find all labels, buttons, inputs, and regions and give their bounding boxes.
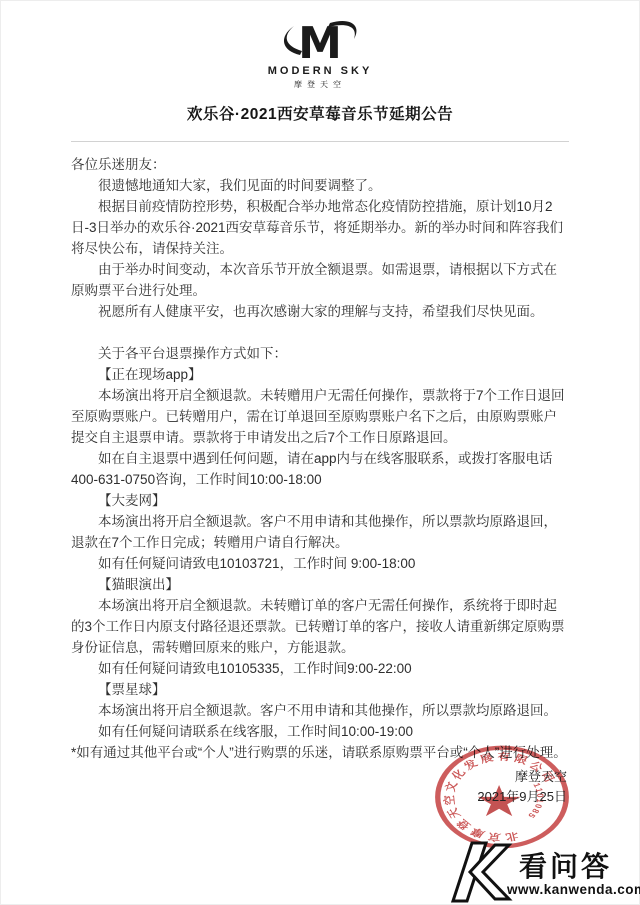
brand-name-chinese: 摩登天空 (1, 79, 639, 90)
signature-date: 2021年9月25日 (477, 787, 567, 807)
intro-paragraph: 由于举办时间变动，本次音乐节开放全额退票。如需退票，请根据以下方式在原购票平台进… (71, 259, 569, 301)
watermark-site-name: 看问答 (519, 845, 612, 885)
intro-paragraph: 根据目前疫情防控形势，积极配合举办地常态化疫情防控措施，原计划10月2日-3日举… (71, 196, 569, 259)
signature-block: 摩登天空 2021年9月25日 (477, 767, 567, 807)
svg-text:文: 文 (442, 780, 461, 793)
platform-contact: 如有任何疑问请联系在线客服，工作时间10:00-19:00 (71, 721, 569, 742)
platform-header-zhengzaixianchang: 【正在现场app】 (71, 364, 569, 385)
platform-header-maoyan: 【猫眼演出】 (71, 574, 569, 595)
platform-contact: 如在自主退票中遇到任何问题，请在app内与在线客服联系，或拨打客服电话400-6… (71, 448, 569, 490)
salutation: 各位乐迷朋友： (71, 154, 569, 175)
platform-header-damai: 【大麦网】 (71, 490, 569, 511)
document-body: 各位乐迷朋友： 很遗憾地通知大家，我们见面的时间要调整了。 根据目前疫情防控形势… (1, 142, 639, 763)
page-title: 欢乐谷·2021西安草莓音乐节延期公告 (1, 102, 639, 124)
modern-sky-logo-icon: M (260, 17, 380, 63)
platform-contact: 如有任何疑问请致电10105335，工作时间9:00-22:00 (71, 658, 569, 679)
kanwenda-k-icon (449, 841, 513, 903)
svg-text:展: 展 (478, 751, 496, 766)
logo-m-letter: M (298, 18, 342, 63)
announcement-page: M MODERN SKY 摩登天空 欢乐谷·2021西安草莓音乐节延期公告 各位… (0, 0, 640, 905)
platform-body: 本场演出将开启全额退款。未转赠用户无需任何操作，票款将于7个工作日退回至原购票账… (71, 385, 569, 448)
refund-heading: 关于各平台退票操作方式如下： (71, 343, 569, 364)
intro-paragraph: 祝愿所有人健康平安，也再次感谢大家的理解与支持，希望我们尽快见面。 (71, 301, 569, 322)
signature-name: 摩登天空 (477, 767, 567, 787)
platform-body: 本场演出将开启全额退款。客户不用申请和其他操作，所以票款均原路退回。 (71, 700, 569, 721)
svg-text:空: 空 (441, 794, 458, 805)
logo-block: M MODERN SKY 摩登天空 (1, 1, 639, 90)
platform-body: 本场演出将开启全额退款。客户不用申请和其他操作，所以票款均原路退回，退款在7个工… (71, 511, 569, 553)
platform-body: 本场演出将开启全额退款。未转赠订单的客户无需任何操作，系统将于即时起的3个工作日… (71, 595, 569, 658)
platform-header-piaoxingqiu: 【票星球】 (71, 679, 569, 700)
svg-text:有: 有 (497, 750, 511, 762)
svg-text:限: 限 (512, 752, 530, 767)
brand-name: MODERN SKY (1, 65, 639, 77)
platform-contact: 如有任何疑问请致电10103721，工作时间 9:00-18:00 (71, 553, 569, 574)
watermark-site-url: www.kanwenda.com (507, 882, 640, 897)
intro-paragraph: 很遗憾地通知大家，我们见面的时间要调整了。 (71, 175, 569, 196)
watermark: 看问答 www.kanwenda.com (449, 841, 629, 905)
